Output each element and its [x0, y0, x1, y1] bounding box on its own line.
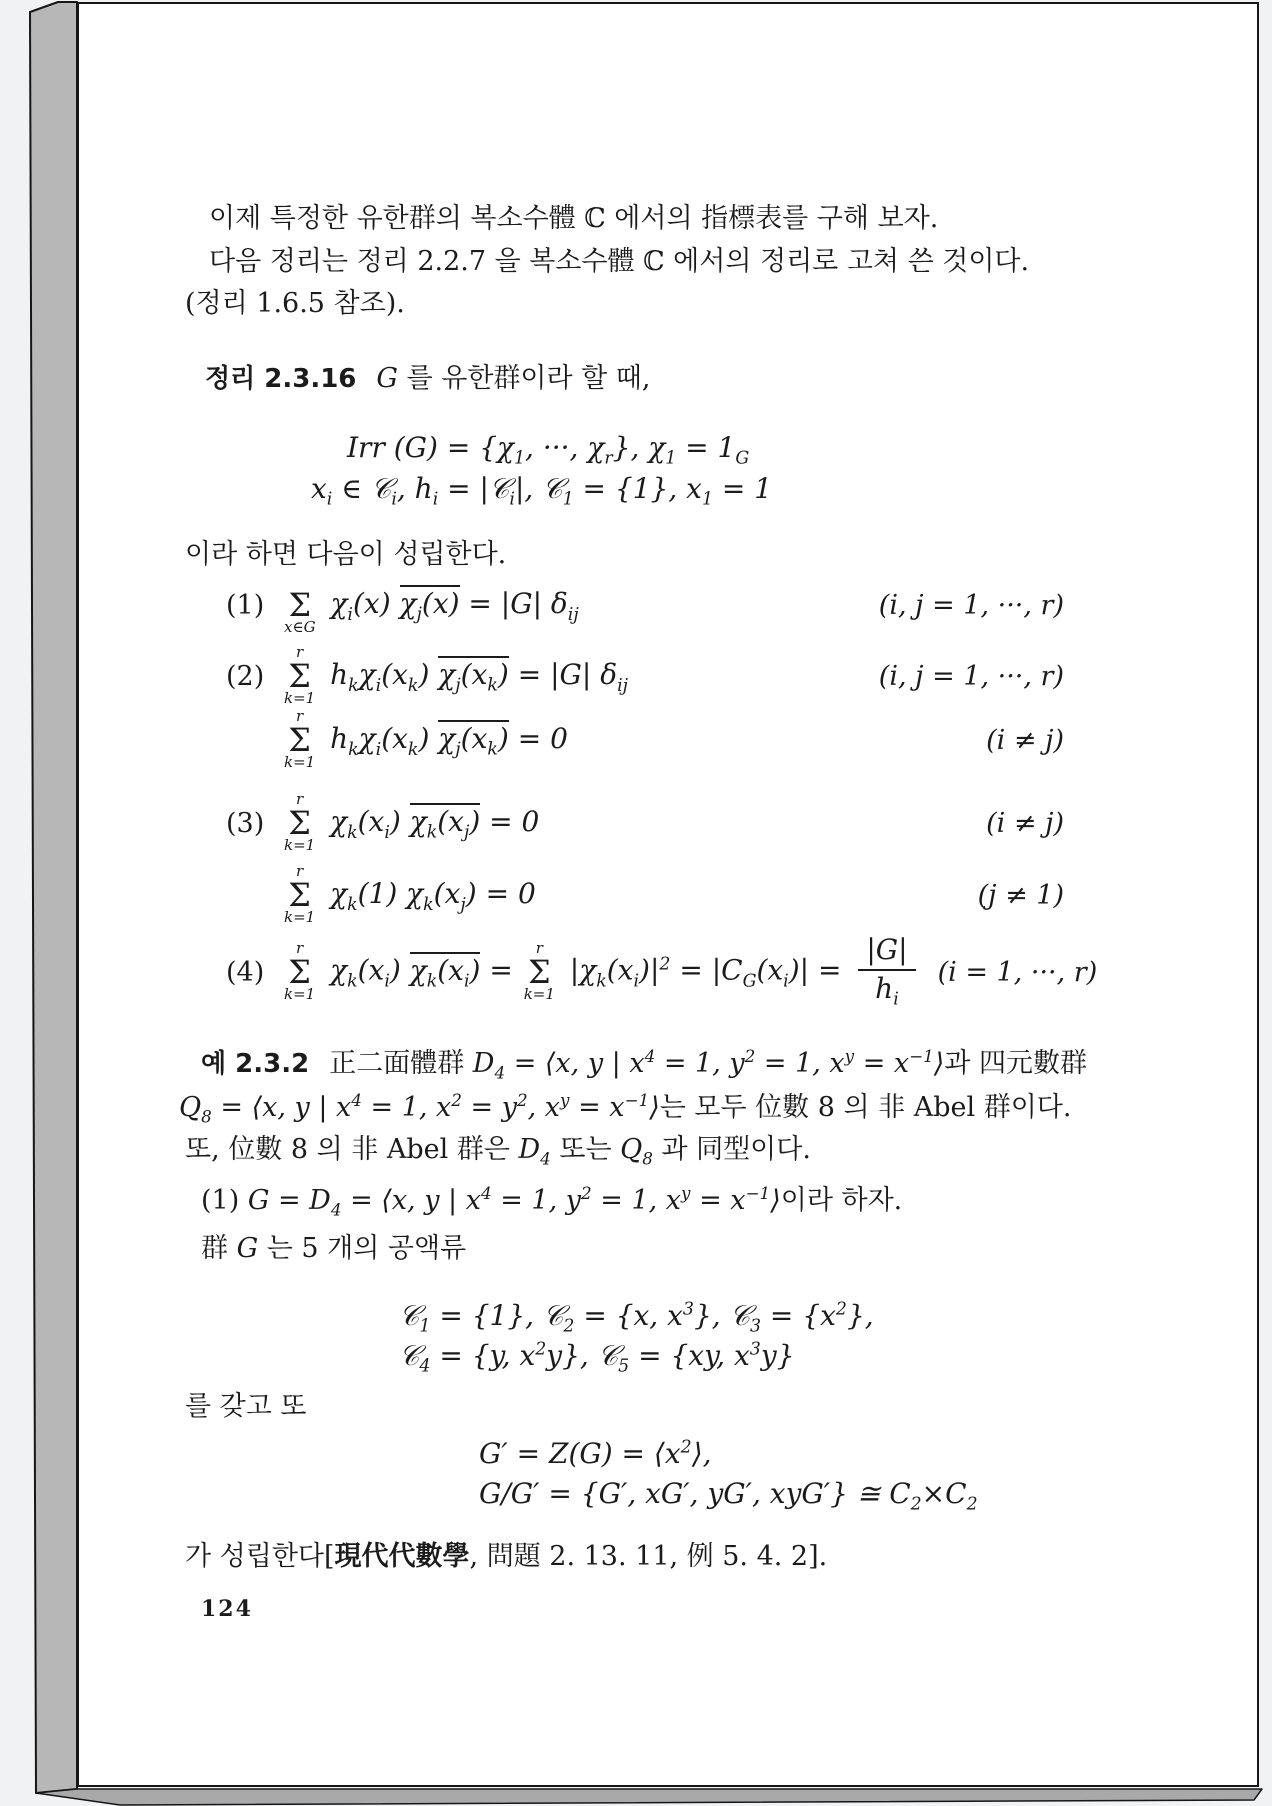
equation-3b-condition: (j ≠ 1): [978, 880, 1064, 911]
intro-line-3: (정리 1.6.5 참조).: [185, 287, 405, 321]
equation-1-body: Σx∈G χi(x) χj(x) = |G| δij: [282, 574, 579, 637]
equation-2-number: (2): [226, 661, 282, 692]
page-number: 124: [201, 1596, 253, 1624]
example-text-4: 群 G 는 5 개의 공액류: [201, 1232, 466, 1266]
theorem-heading: 정리 2.3.16 G 를 유한群이라 할 때,: [205, 362, 650, 396]
equation-1-number: (1): [226, 590, 282, 621]
equation-2b-body: rΣk=1 hkχi(xk) χj(xk) = 0: [282, 709, 568, 772]
equation-4-body: rΣk=1 χk(xi) χk(xi) = rΣk=1 |χk(xi)|2 = …: [282, 935, 924, 1009]
center-equation-line-2: G/G′ = {G′, xG′, yG′, xyG′} ≅ C2×C2: [479, 1476, 978, 1516]
page-left-edge: [30, 2, 77, 1793]
theorem-setup-line-1: Irr (G) = {χ1, ···, χr}, χ1 = 1G: [347, 430, 749, 470]
equation-4-number: (4): [226, 957, 282, 988]
equation-4: (4) rΣk=1 χk(xi) χk(xi) = rΣk=1 |χk(xi)|…: [226, 935, 1236, 1009]
intro-line-1: 이제 특정한 유한群의 복소수體 ℂ 에서의 指標表를 구해 보자.: [209, 202, 938, 236]
conjugacy-classes-line-2: 𝒞4 = {y, x2y}, 𝒞5 = {xy, x3y}: [399, 1338, 794, 1378]
theorem-label: 정리 2.3.16: [205, 363, 356, 396]
intro-line-2: 다음 정리는 정리 2.2.7 을 복소수體 ℂ 에서의 정리로 고쳐 쓴 것이…: [209, 245, 1029, 279]
example-item-1: (1) G = D4 = ⟨x, y | x4 = 1, y2 = 1, xy …: [201, 1183, 902, 1220]
conjugacy-classes-line-1: 𝒞1 = {1}, 𝒞2 = {x, x3}, 𝒞3 = {x2},: [399, 1298, 874, 1338]
equation-3-condition: (i ≠ j): [986, 808, 1064, 839]
equation-2-condition: (i, j = 1, ···, r): [879, 661, 1064, 692]
theorem-statement: G 를 유한群이라 할 때,: [376, 362, 650, 396]
example-text-1: 正二面體群 D4 = ⟨x, y | x4 = 1, y2 = 1, xy = …: [329, 1046, 1087, 1083]
equation-1: (1) Σx∈G χi(x) χj(x) = |G| δij (i, j = 1…: [226, 574, 1064, 637]
equation-3-number: (3): [226, 808, 282, 839]
equation-4-condition: (i = 1, ···, r): [938, 957, 1098, 988]
equation-3-body: rΣk=1 χk(xi) χk(xj) = 0: [282, 792, 539, 855]
equation-2: (2) rΣk=1 hkχi(xk) χj(xk) = |G| δij (i, …: [226, 645, 1064, 708]
theorem-followup: 이라 하면 다음이 성립한다.: [185, 538, 506, 572]
equation-2b-condition: (i ≠ j): [986, 725, 1064, 756]
example-text-5: 를 갖고 또: [185, 1390, 307, 1424]
page-bottom-shadow: [36, 1789, 1262, 1805]
equation-3b-body: rΣk=1 χk(1) χk(xj) = 0: [282, 864, 536, 927]
equation-2b: rΣk=1 hkχi(xk) χj(xk) = 0 (i ≠ j): [226, 709, 1064, 772]
center-equation-line-1: G′ = Z(G) = ⟨x2⟩,: [479, 1436, 712, 1471]
equation-3: (3) rΣk=1 χk(xi) χk(xj) = 0 (i ≠ j): [226, 792, 1064, 855]
example-text-3: 또, 位數 8 의 非 Abel 群은 D4 또는 Q8 과 同型이다.: [185, 1133, 811, 1169]
paper: 이제 특정한 유한群의 복소수體 ℂ 에서의 指標表를 구해 보자. 다음 정리…: [77, 2, 1259, 1787]
example-text-6: 가 성립한다[現代代數學, 問題 2. 13. 11, 例 5. 4. 2].: [185, 1540, 827, 1574]
equation-3b: rΣk=1 χk(1) χk(xj) = 0 (j ≠ 1): [226, 864, 1064, 927]
example-heading: 예 2.3.2 正二面體群 D4 = ⟨x, y | x4 = 1, y2 = …: [201, 1046, 1087, 1083]
example-text-2: Q8 = ⟨x, y | x4 = 1, x2 = y2, xy = x−1⟩는…: [179, 1090, 1071, 1127]
example-label: 예 2.3.2: [201, 1048, 309, 1081]
theorem-setup-line-2: xi ∈ 𝒞i, hi = |𝒞i|, 𝒞1 = {1}, x1 = 1: [311, 471, 772, 511]
equation-2-body: rΣk=1 hkχi(xk) χj(xk) = |G| δij: [282, 645, 628, 708]
scanned-book-page: 이제 특정한 유한群의 복소수體 ℂ 에서의 指標表를 구해 보자. 다음 정리…: [0, 0, 1272, 1806]
equation-1-condition: (i, j = 1, ···, r): [879, 590, 1064, 621]
